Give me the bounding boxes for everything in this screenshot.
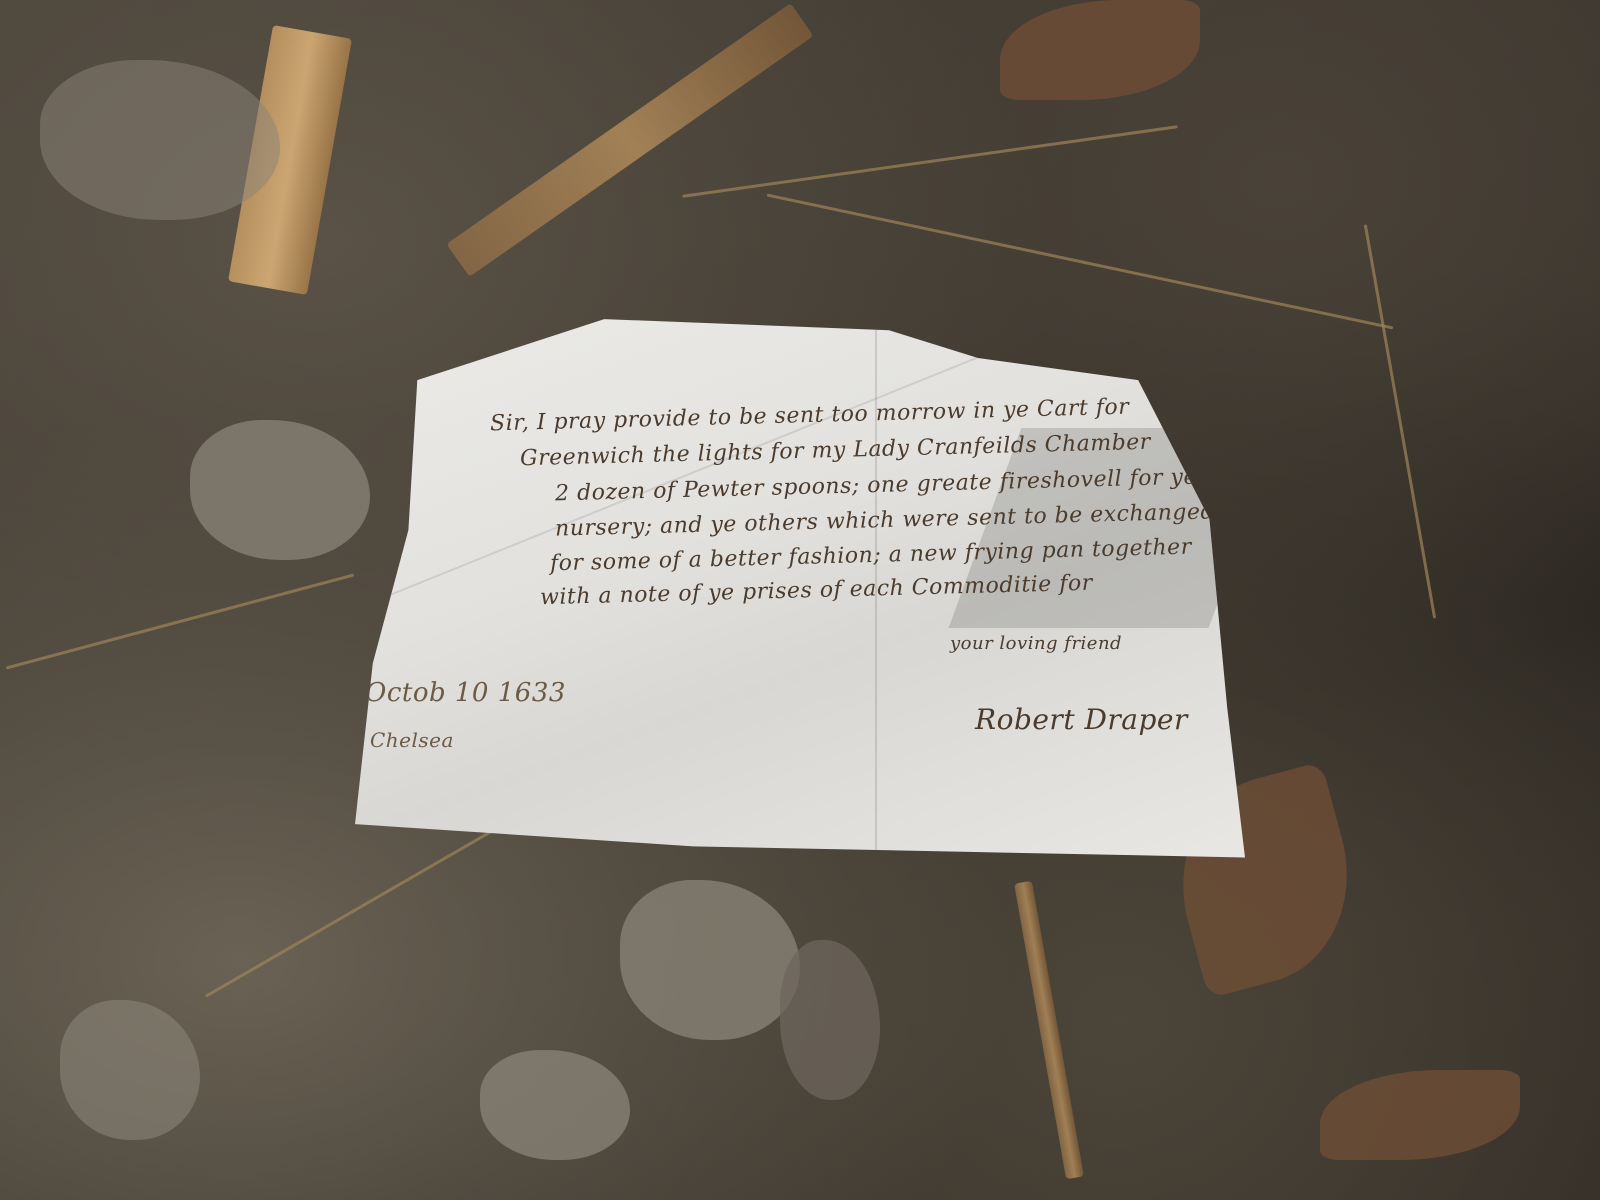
wood-stick <box>447 3 814 277</box>
straw <box>1364 224 1436 618</box>
handwritten-letter: Sir, I pray provide to be sent too morro… <box>355 308 1245 863</box>
stone <box>480 1050 630 1160</box>
stone <box>190 420 370 560</box>
letter-place: Chelsea <box>370 728 454 752</box>
dry-leaf <box>1320 1070 1520 1160</box>
stone <box>40 60 280 220</box>
letter-closing: your loving friend <box>950 633 1122 654</box>
straw <box>767 194 1394 330</box>
stone <box>620 880 800 1040</box>
stone <box>780 940 880 1100</box>
wood-stick <box>1014 881 1084 1180</box>
letter-date: Octob 10 1633 <box>365 678 566 708</box>
stone <box>60 1000 200 1140</box>
letter-signature: Robert Draper <box>975 703 1188 736</box>
straw <box>6 573 355 669</box>
straw <box>682 125 1178 198</box>
straw <box>205 805 536 998</box>
dry-leaf <box>1000 0 1200 100</box>
